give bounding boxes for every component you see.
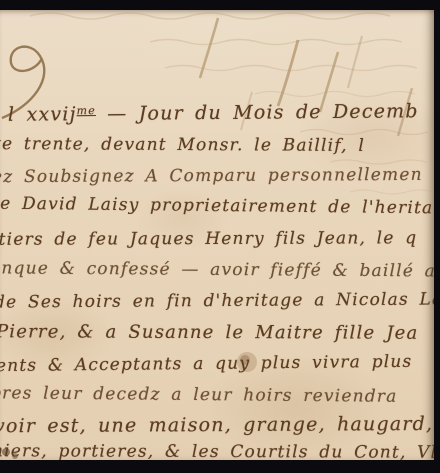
bottom-black-border bbox=[0, 460, 440, 473]
manuscript-line: te trente, devant Monsr. le Baillif, l bbox=[0, 136, 365, 155]
manuscript-line: niers, portieres, & les Courtils du Cont… bbox=[0, 443, 440, 462]
manuscript-line: ne David Laisy proprietairement de l'her… bbox=[0, 196, 440, 218]
right-black-border bbox=[434, 0, 440, 473]
ordinal-superscript: me bbox=[77, 104, 96, 117]
date-month-phrase: — Jour du Mois de Decemb bbox=[107, 100, 419, 125]
date-ordinal: l xxvij bbox=[8, 103, 77, 126]
manuscript-line: onque & confessé — avoir fieffé & baillé… bbox=[0, 260, 440, 280]
manuscript-line: pres leur decedz a leur hoirs reviendra bbox=[0, 385, 398, 406]
manuscript-line: ez Soubsignez A Comparu personnellemen bbox=[0, 167, 423, 186]
manuscript-line: de Ses hoirs en fin d'heritage a Nicolas… bbox=[0, 291, 440, 311]
manuscript-line: l xxvijme — Jour du Mois de Decemb bbox=[8, 102, 419, 125]
manuscript-line: Pierre, & a Susanne le Maitre fille Jea bbox=[0, 323, 418, 342]
manuscript-photo: l xxvijme — Jour du Mois de Decemb te tr… bbox=[0, 0, 440, 473]
manuscript-line: itiers de feu Jaques Henry fils Jean, le… bbox=[0, 230, 417, 248]
top-black-border bbox=[0, 0, 440, 10]
handwritten-text-layer: l xxvijme — Jour du Mois de Decemb te tr… bbox=[0, 0, 440, 473]
manuscript-line: sents & Acceptants a quy plus vivra plus bbox=[0, 354, 413, 375]
manuscript-line: voir est, une maison, grange, haugard, j… bbox=[0, 415, 440, 436]
